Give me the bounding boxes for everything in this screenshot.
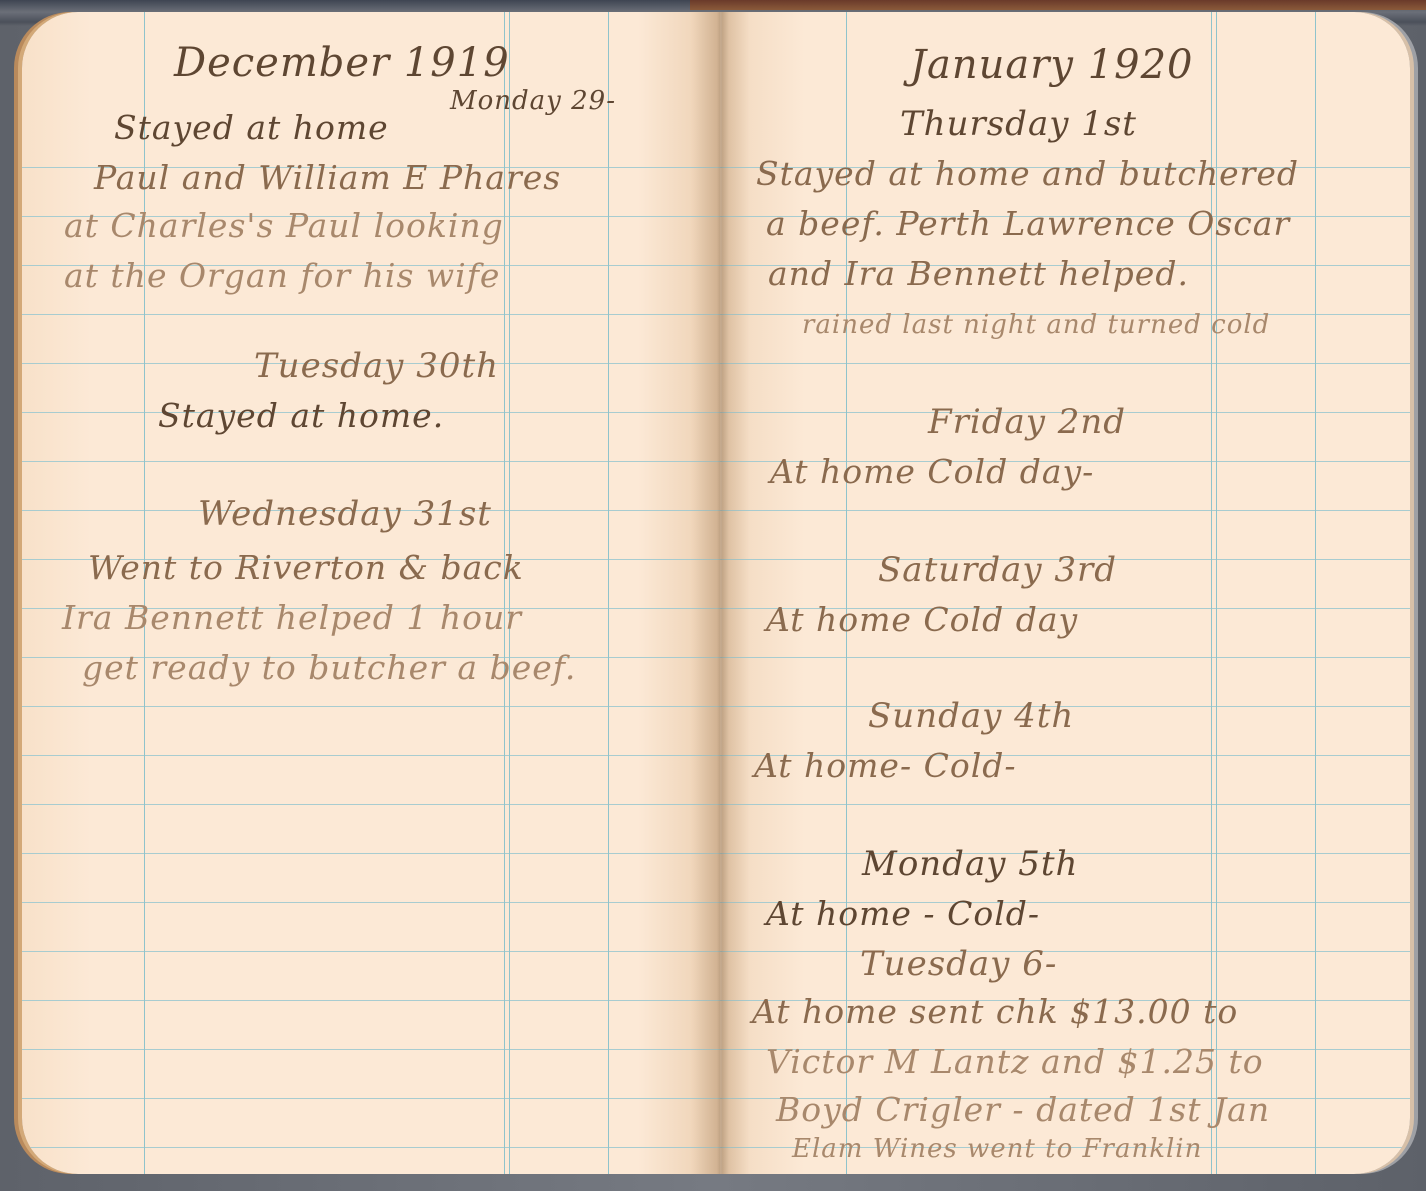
entry-line: At home - Cold-	[766, 894, 1040, 933]
month-heading: January 1920	[910, 42, 1193, 88]
rule-line	[22, 1147, 722, 1148]
cover-edge	[690, 0, 1426, 10]
day-label: Monday 5th	[862, 844, 1078, 884]
entry-line: Stayed at home.	[158, 396, 444, 435]
day-label: Sunday 4th	[868, 696, 1074, 736]
rule-line	[722, 510, 1410, 511]
rule-line	[22, 804, 722, 805]
rule-line	[722, 804, 1410, 805]
day-label: Wednesday 31st	[198, 494, 492, 534]
right-page: January 1920 Thursday 1st Stayed at home…	[722, 12, 1410, 1174]
entry-line: rained last night and turned cold	[802, 310, 1270, 340]
entry-line: At home sent chk $13.00 to	[752, 992, 1238, 1031]
entry-line: Boyd Crigler - dated 1st Jan	[776, 1090, 1270, 1129]
entry-line: at the Organ for his wife	[64, 256, 500, 295]
entry-line: Elam Wines went to Franklin	[792, 1134, 1202, 1164]
day-label: Tuesday 30th	[254, 346, 499, 386]
entry-line: at Charles's Paul looking	[64, 206, 504, 245]
entry-line: a beef. Perth Lawrence Oscar	[766, 204, 1290, 243]
column-line	[608, 12, 609, 1174]
entry-line: and Ira Bennett helped.	[768, 254, 1189, 293]
rule-line	[722, 951, 1410, 952]
rule-line	[22, 1000, 722, 1001]
day-label: Monday 29-	[450, 86, 616, 116]
entry-line: Stayed at home and butchered	[756, 154, 1299, 193]
entry-line: Ira Bennett helped 1 hour	[62, 598, 522, 637]
entry-line: At home- Cold-	[754, 746, 1017, 785]
rule-line	[722, 363, 1410, 364]
rule-line	[22, 902, 722, 903]
entry-line: Victor M Lantz and $1.25 to	[766, 1042, 1264, 1081]
rule-line	[22, 706, 722, 707]
rule-line	[22, 314, 722, 315]
day-label: Friday 2nd	[928, 402, 1126, 442]
entry-line: At home Cold day-	[770, 452, 1094, 491]
day-label: Saturday 3rd	[878, 550, 1117, 590]
rule-line	[722, 657, 1410, 658]
entry-line: At home Cold day	[766, 600, 1078, 639]
rule-line	[22, 1049, 722, 1050]
rule-line	[22, 755, 722, 756]
rule-line	[22, 853, 722, 854]
rule-line	[22, 1098, 722, 1099]
rule-line	[22, 951, 722, 952]
entry-line: Paul and William E Phares	[94, 158, 561, 197]
left-page: December 1919 Monday 29- Stayed at home …	[22, 12, 722, 1174]
day-label: Tuesday 6-	[860, 944, 1057, 984]
column-line	[1315, 12, 1316, 1174]
entry-line: Went to Riverton & back	[88, 548, 524, 587]
rule-line	[22, 461, 722, 462]
day-label: Thursday 1st	[900, 104, 1137, 144]
entry-line: get ready to butcher a beef.	[82, 648, 576, 687]
entry-line: Stayed at home	[114, 108, 389, 147]
month-heading: December 1919	[174, 40, 510, 86]
